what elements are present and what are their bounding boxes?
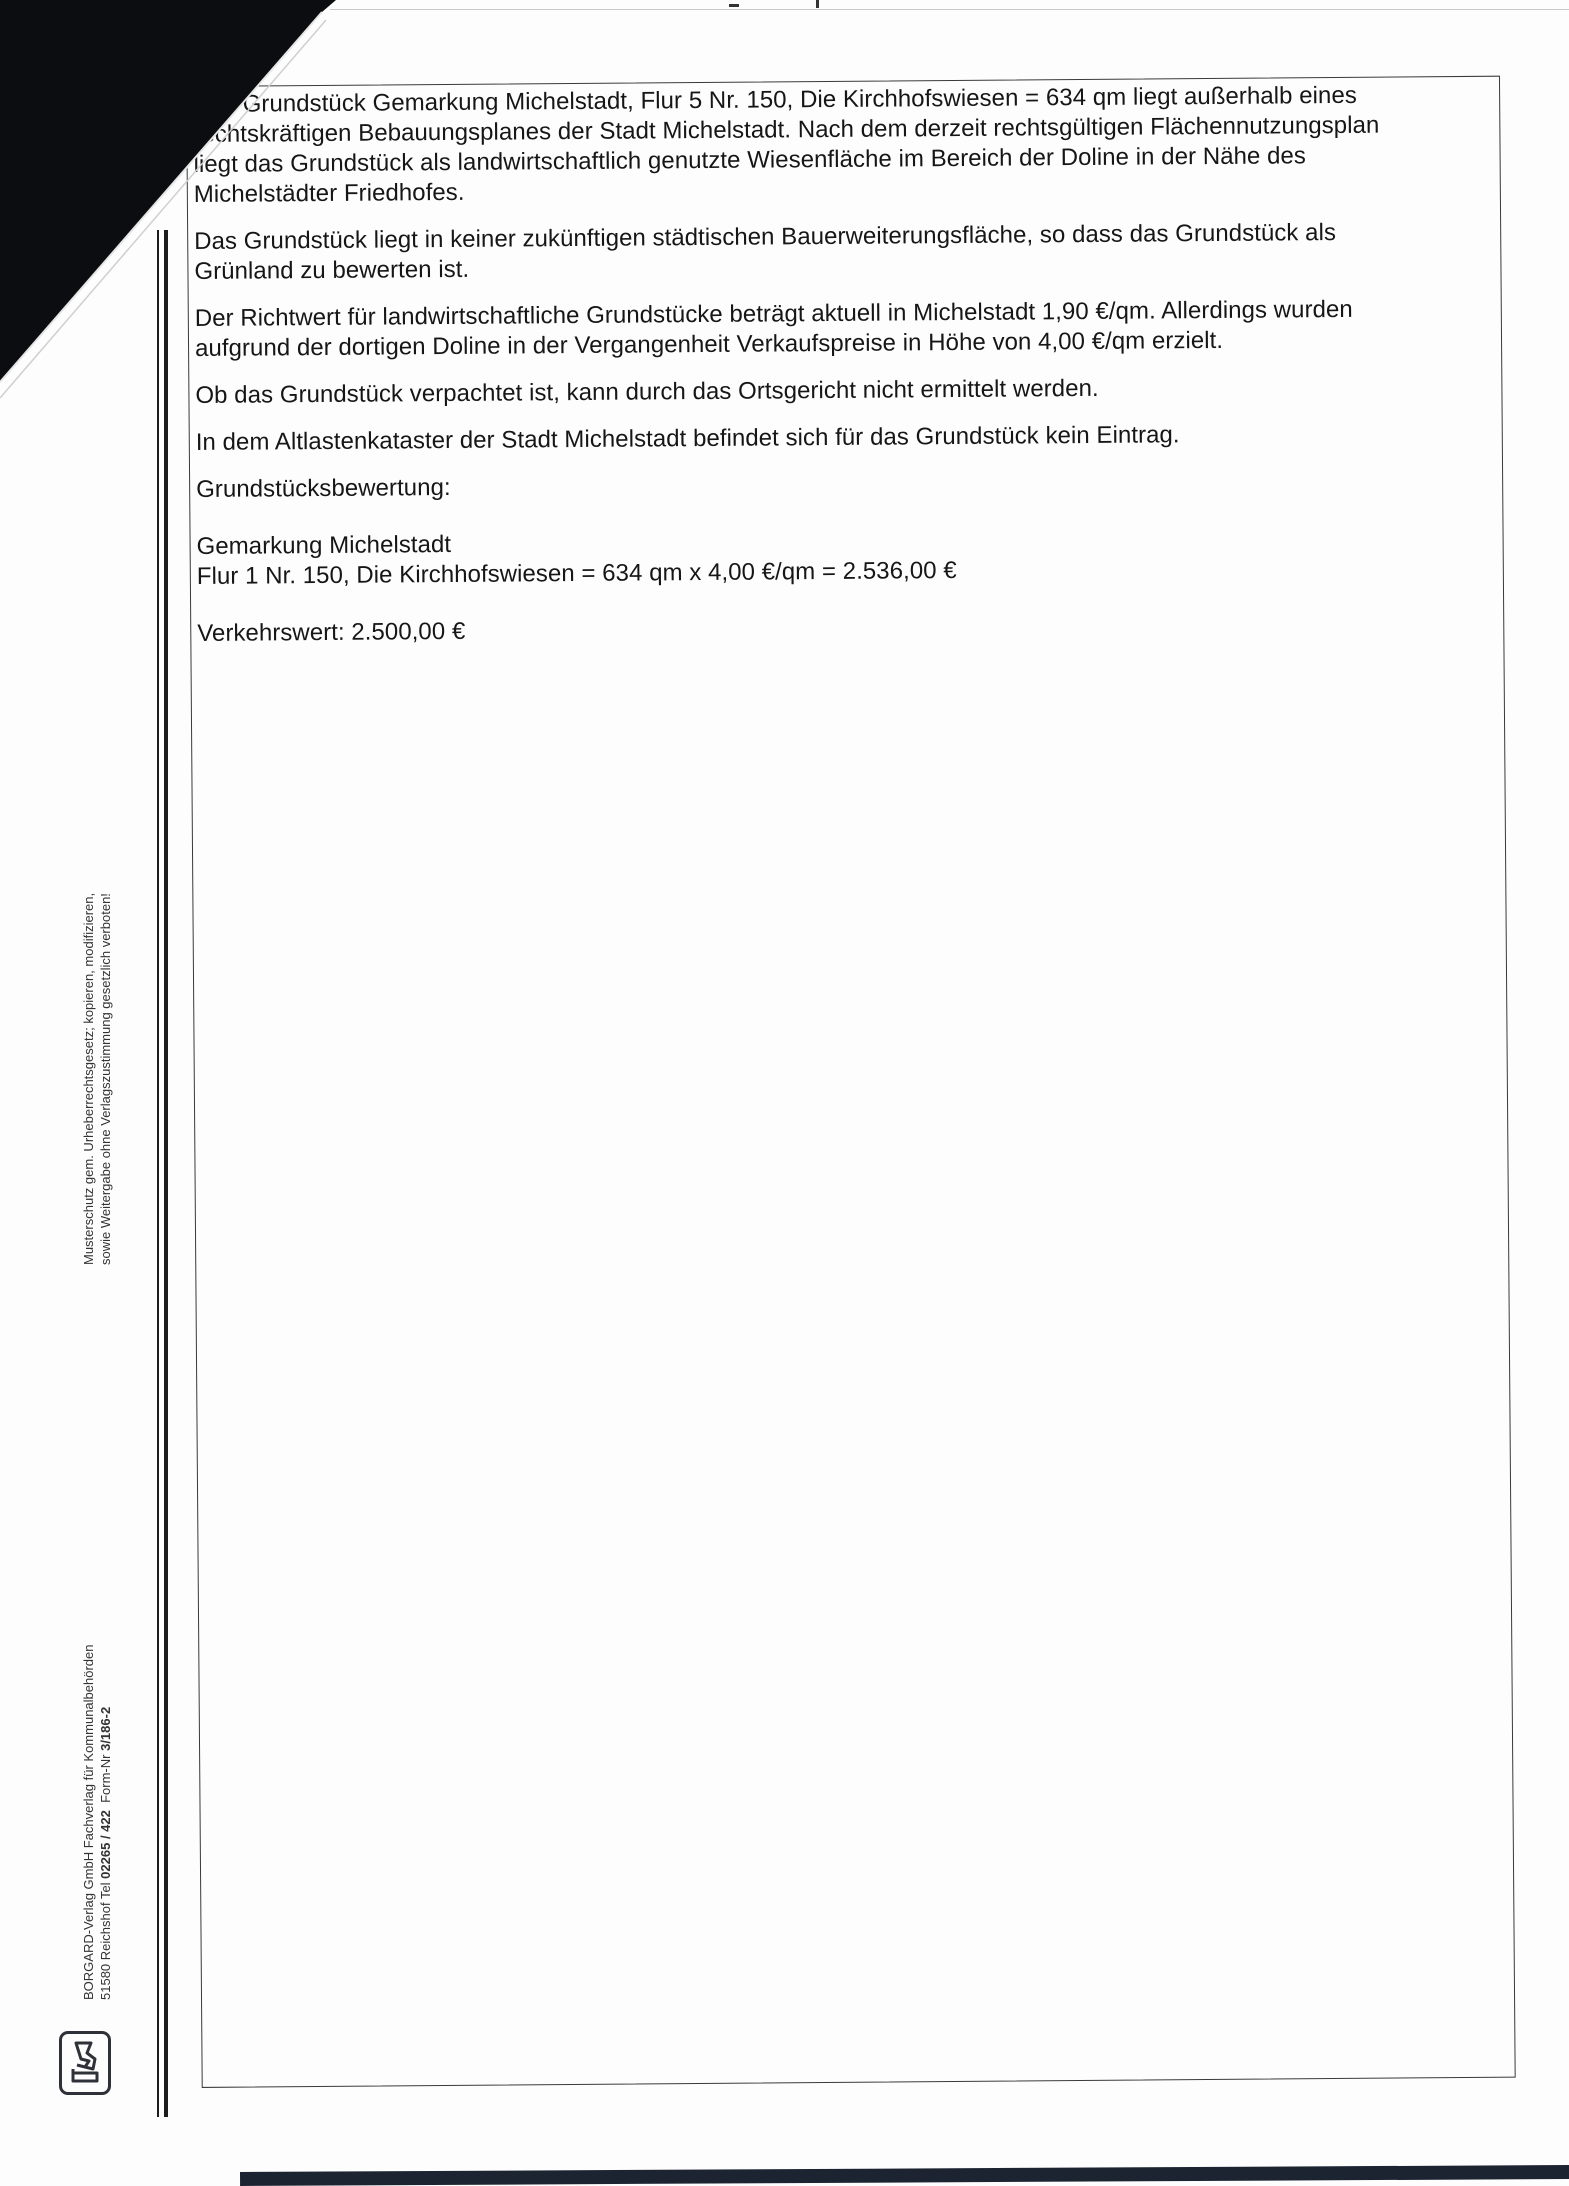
- scan-dark-corner: [0, 0, 420, 420]
- publisher-contact: 51580 Reichshof Tel 02265 / 422 Form-Nr …: [97, 1540, 114, 2000]
- form-number: 3/186-2: [98, 1707, 113, 1751]
- copyright-line-1: Musterschutz gem. Urheberrechtsgesetz; k…: [80, 805, 97, 1265]
- publisher-phone: 02265 / 422: [98, 1810, 113, 1879]
- page-top-edge: [330, 9, 1569, 10]
- margin-rule-thin: [157, 230, 159, 2117]
- scan-artifact: [816, 0, 819, 8]
- market-value: Verkehrswert: 2.500,00 €: [197, 609, 1497, 649]
- publisher-name: BORGARD-Verlag GmbH Fachverlag für Kommu…: [80, 1540, 97, 2000]
- margin-rule-thick: [164, 230, 168, 2117]
- publisher-address: 51580 Reichshof Tel: [98, 1879, 113, 2000]
- publisher-imprint: BORGARD-Verlag GmbH Fachverlag für Kommu…: [80, 1540, 114, 2000]
- valuation-heading: Grundstücksbewertung:: [196, 465, 1496, 505]
- scan-bottom-edge: [240, 2165, 1569, 2186]
- scanned-page: Das Grundstück Gemarkung Michelstadt, Fl…: [0, 0, 1569, 2186]
- form-number-label: Form-Nr: [98, 1751, 113, 1810]
- scan-artifact: [729, 4, 739, 7]
- borgard-logo-glyph: [67, 2039, 103, 2087]
- copyright-notice: Musterschutz gem. Urheberrechtsgesetz; k…: [80, 805, 114, 1265]
- valuation-calculation: Gemarkung Michelstadt Flur 1 Nr. 150, Di…: [196, 522, 1496, 592]
- copyright-line-2: sowie Weitergabe ohne Verlagszustimmung …: [97, 805, 114, 1265]
- paragraph-contamination-register: In dem Altlastenkataster der Stadt Miche…: [196, 418, 1496, 458]
- borgard-logo-icon: [59, 2031, 111, 2095]
